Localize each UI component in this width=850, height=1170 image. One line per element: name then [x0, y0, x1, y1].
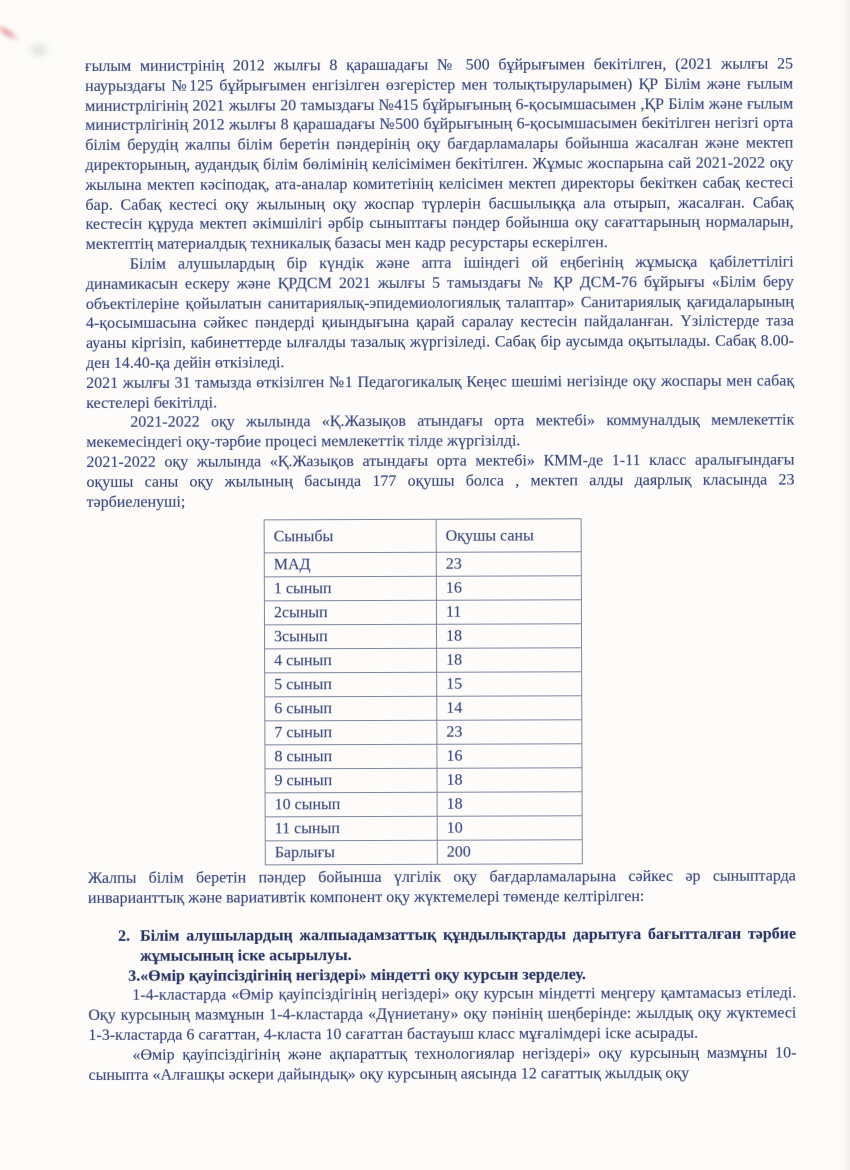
count-cell: 23 — [436, 552, 581, 577]
count-cell: 16 — [436, 576, 581, 601]
column-header-class: Сыныбы — [264, 520, 436, 554]
class-cell: 3сынып — [264, 625, 436, 650]
section-heading-text: Білім алушылардың жалпыадамзаттық құндыл… — [140, 925, 796, 964]
table-row: 3сынып 18 — [264, 624, 581, 649]
count-cell: 11 — [436, 600, 581, 625]
class-cell: 4 сынып — [265, 649, 437, 674]
table-row: 8 сынып 16 — [265, 744, 582, 769]
class-cell: 6 сынып — [265, 697, 437, 722]
count-cell: 16 — [437, 744, 582, 769]
table-row: 6 сынып 14 — [265, 696, 582, 721]
count-cell: 200 — [437, 840, 582, 865]
count-cell: 18 — [437, 792, 582, 817]
class-cell: 10 сынып — [265, 793, 437, 818]
table-row: 1 сынып 16 — [264, 576, 581, 601]
table-row: 2сынып 11 — [264, 600, 581, 625]
paragraph-student-count: 2021-2022 оқу жылында «Қ.Жазықов атындағ… — [86, 450, 794, 512]
table-header-row: Сыныбы Оқушы саны — [264, 519, 581, 553]
section-number: 2. — [118, 927, 130, 947]
table-row: 5 сынып 15 — [265, 672, 582, 697]
paragraph-curriculum-orders: ғылым министрінің 2012 жылғы 8 қарашадағ… — [85, 55, 794, 255]
table-row: 4 сынып 18 — [265, 648, 582, 673]
class-cell: 11 сынып — [265, 817, 437, 842]
table-row: 11 сынып 10 — [265, 816, 582, 841]
students-table-wrapper: Сыныбы Оқушы саны МАД 23 1 сынып 16 2сын… — [264, 519, 582, 866]
section-heading-2: 2.Білім алушылардың жалпыадамзаттық құнд… — [88, 924, 796, 966]
class-cell: 5 сынып — [265, 673, 437, 698]
count-cell: 10 — [437, 816, 582, 841]
class-cell: 1 сынып — [264, 577, 436, 602]
paragraph-school-language: 2021-2022 оқу жылында «Қ.Жазықов атындағ… — [86, 411, 794, 453]
count-cell: 18 — [436, 624, 581, 649]
table-row: МАД 23 — [264, 552, 581, 577]
count-cell: 15 — [437, 672, 582, 697]
class-cell: 7 сынып — [265, 721, 437, 746]
column-header-count: Оқушы саны — [436, 519, 581, 553]
count-cell: 23 — [437, 720, 582, 745]
document-content: ғылым министрінің 2012 жылғы 8 қарашадағ… — [85, 55, 797, 1086]
table-row: Барлығы 200 — [265, 840, 582, 865]
class-cell: 2сынып — [264, 601, 436, 626]
count-cell: 18 — [437, 768, 582, 793]
table-row: 10 сынып 18 — [265, 792, 582, 817]
class-cell: Барлығы — [265, 841, 437, 866]
count-cell: 18 — [437, 648, 582, 673]
section-heading-text: «Өмір қауіпсіздігінің негіздері» міндетт… — [140, 966, 586, 985]
class-cell: 9 сынып — [265, 769, 437, 794]
table-row: 9 сынып 18 — [265, 768, 582, 793]
class-cell: МАД — [264, 553, 436, 578]
table-row: 7 сынып 23 — [265, 720, 582, 745]
scan-gray-smudge — [26, 40, 52, 60]
paragraph-sanitary-rules: Білім алушылардың бір күндік және апта і… — [86, 252, 794, 373]
count-cell: 14 — [437, 696, 582, 721]
paragraph-life-safety-course: 1-4-кластарда «Өмір қауіпсіздігінің негі… — [88, 984, 796, 1046]
students-table: Сыныбы Оқушы саны МАД 23 1 сынып 16 2сын… — [264, 519, 583, 866]
class-cell: 8 сынып — [265, 745, 437, 770]
paragraph-workload-intro: Жалпы білім беретін пәндер бойынша үлгіл… — [88, 867, 796, 909]
paragraph-military-training: «Өмір қауіпсіздігінің және ақпараттық те… — [88, 1043, 796, 1085]
scanned-document-page: ғылым министрінің 2012 жылғы 8 қарашадағ… — [0, 0, 850, 1170]
section-number: 3. — [128, 966, 140, 986]
paragraph-pedagogical-council: 2021 жылғы 31 тамызда өткізілген №1 Педа… — [86, 371, 794, 413]
scan-corner-smudge — [0, 20, 23, 46]
section-heading-3: 3.«Өмір қауіпсіздігінің негіздері» мінде… — [88, 964, 796, 986]
